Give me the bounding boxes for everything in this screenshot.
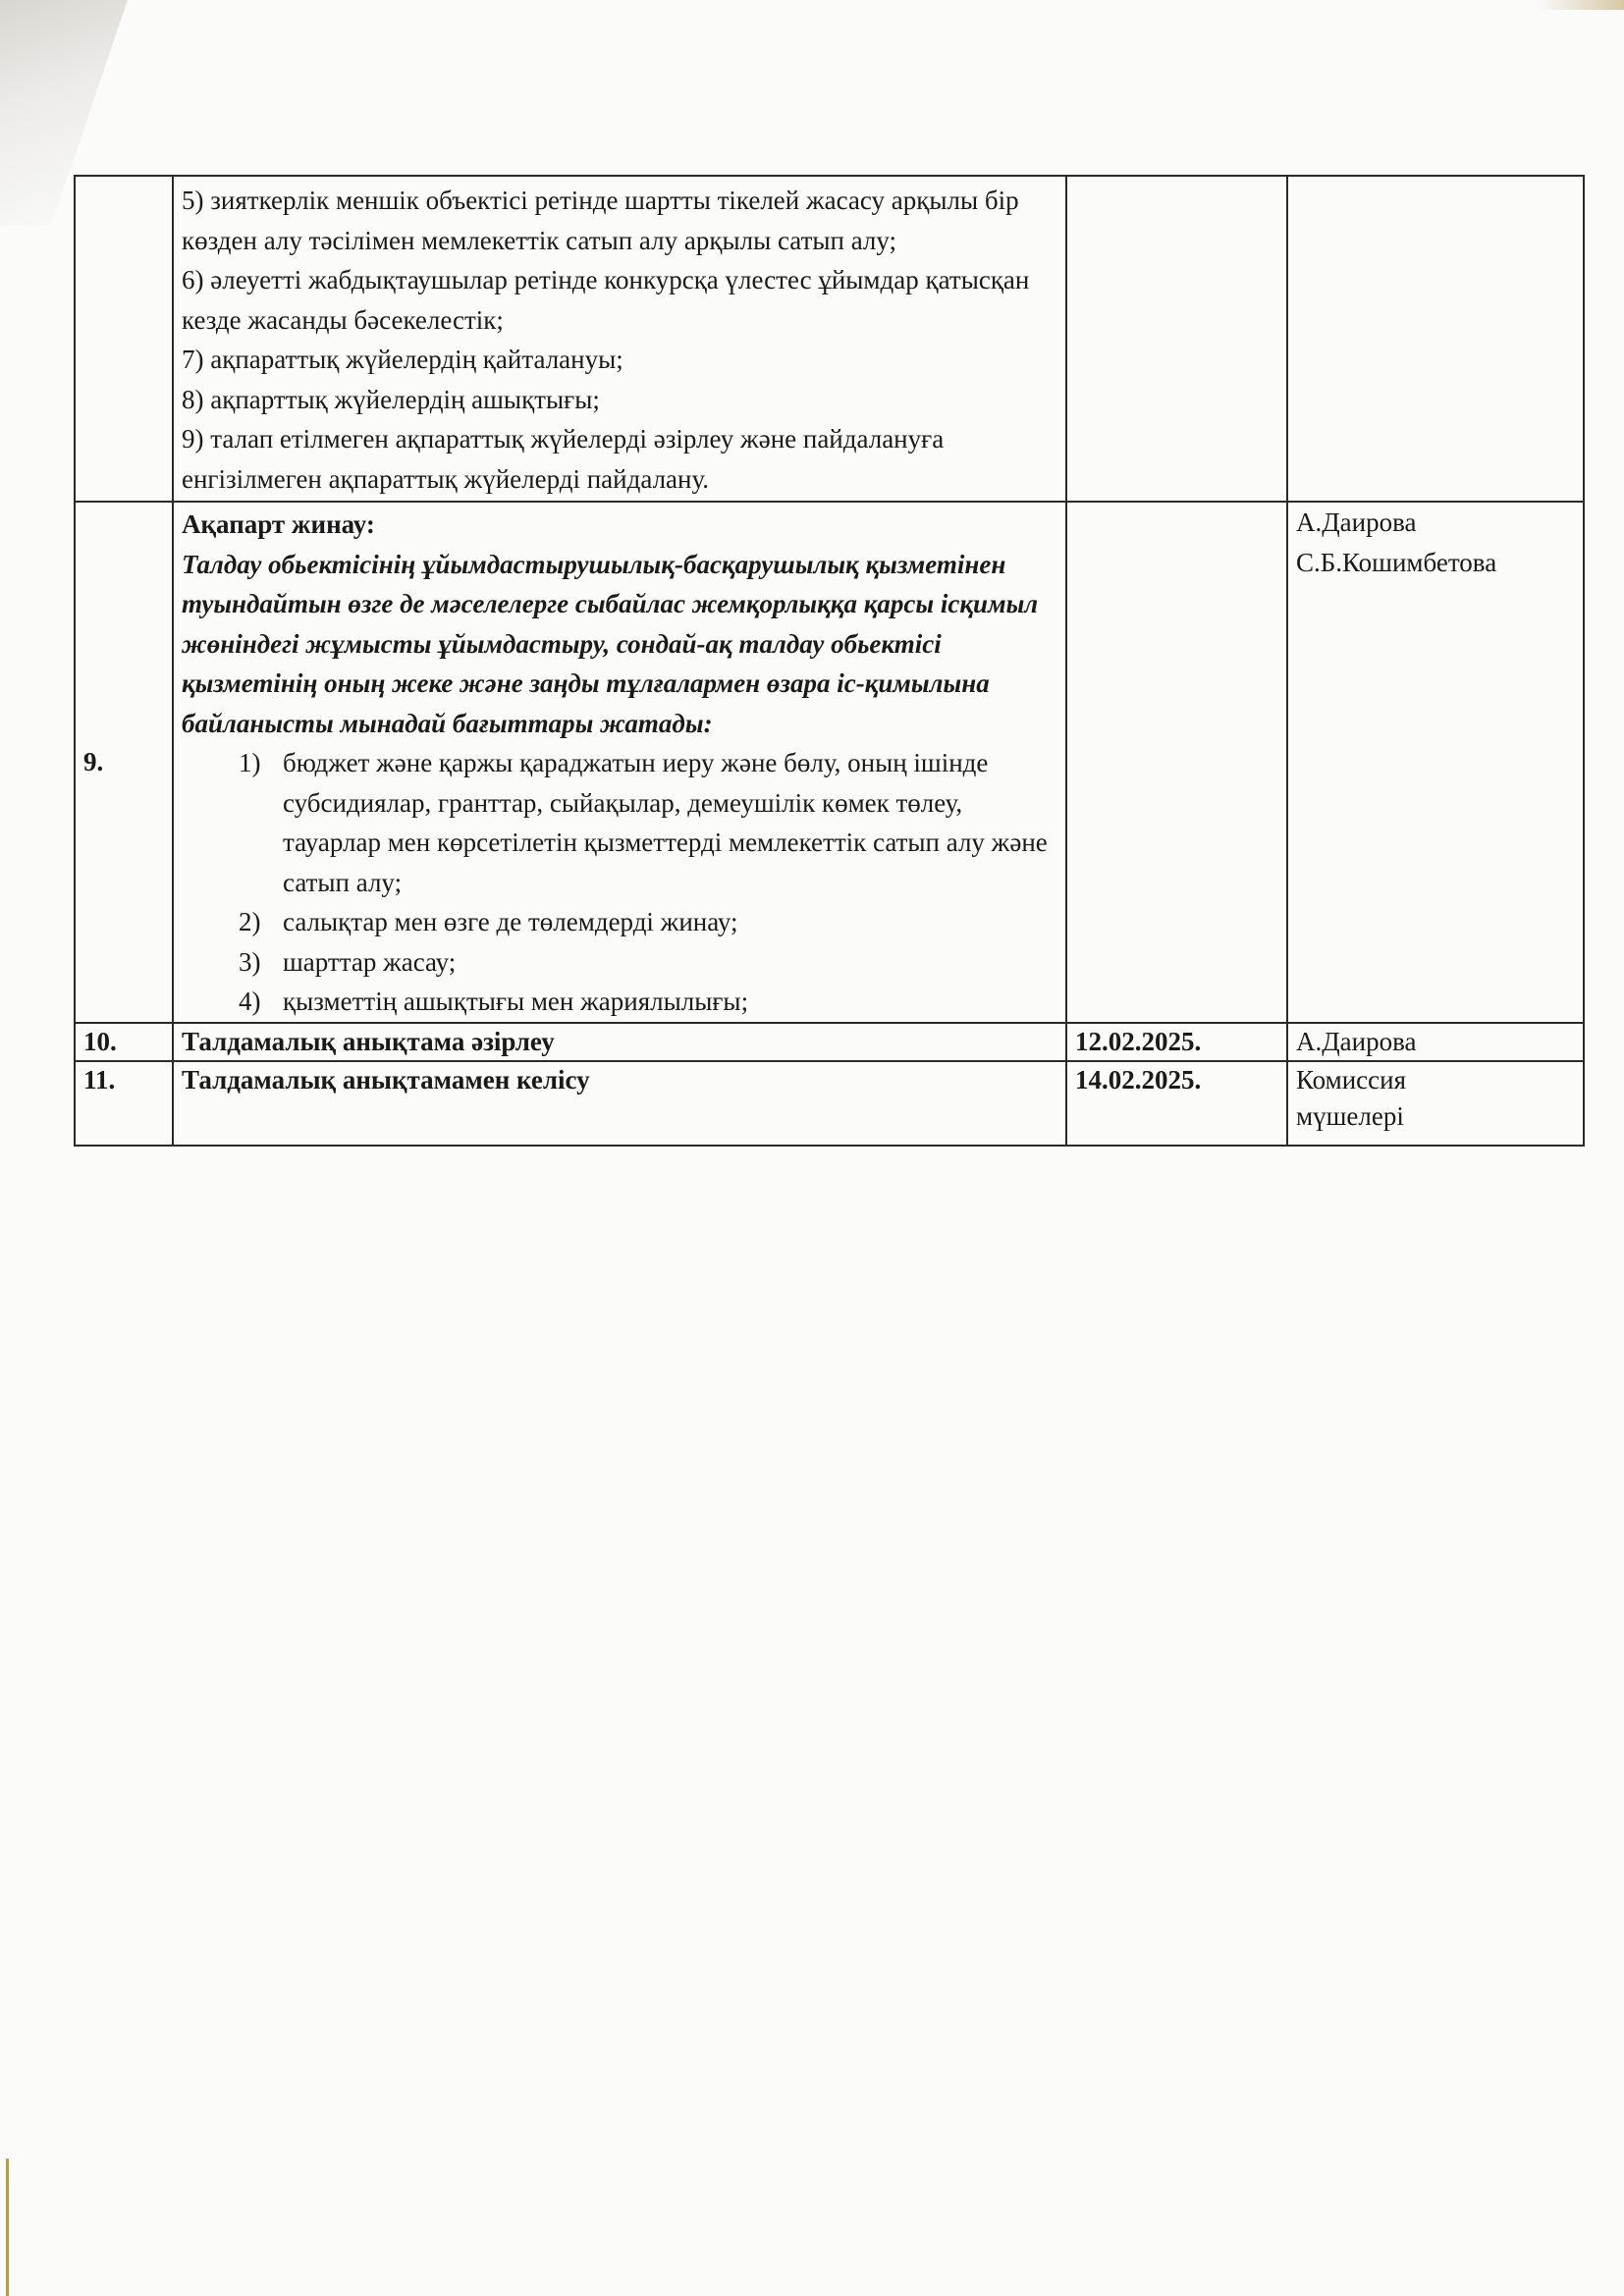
row-responsible: А.Даирова: [1287, 1023, 1584, 1061]
list-item-text: қызметтің ашықтығы мен жариялылығы;: [283, 982, 748, 1022]
row-responsible: А.Даирова С.Б.Кошимбетова: [1287, 502, 1584, 1023]
row-date: 14.02.2025.: [1066, 1061, 1287, 1146]
row-content: Талдамалық анықтама әзірлеу: [173, 1023, 1066, 1061]
paper-edge: [6, 2159, 9, 2296]
responsible-person: С.Б.Кошимбетова: [1296, 543, 1575, 583]
responsible-person: А.Даирова: [1296, 1024, 1575, 1060]
responsible-person: А.Даирова: [1296, 503, 1575, 543]
plan-table: 5) зияткерлік меншік объектісі ретінде ш…: [74, 175, 1585, 1147]
list-item: 8) ақпарттық жүйелердің ашықтығы;: [182, 380, 1057, 420]
list-item: 5) зияткерлік меншік объектісі ретінде ш…: [182, 181, 1057, 260]
row-content: Ақапарт жинау: Талдау обьектісінің ұйымд…: [173, 502, 1066, 1023]
list-item: 2) салықтар мен өзге де төлемдерді жинау…: [239, 902, 1057, 942]
list-item-number: 4): [239, 982, 283, 1022]
row-responsible: [1287, 176, 1584, 502]
list-item: 4) қызметтің ашықтығы мен жариялылығы;: [239, 982, 1057, 1022]
row-heading: Ақапарт жинау:: [182, 505, 1057, 545]
paper-edge: [1536, 0, 1624, 10]
row-content: 5) зияткерлік меншік объектісі ретінде ш…: [173, 176, 1066, 502]
list-item-text: шарттар жасау;: [283, 942, 456, 983]
row-date: [1066, 502, 1287, 1023]
row-number: 11.: [75, 1061, 173, 1146]
responsible-group: Комиссия: [1296, 1062, 1575, 1098]
table-row: 9. Ақапарт жинау: Талдау обьектісінің ұй…: [75, 502, 1584, 1023]
list-item-number: 1): [239, 743, 283, 902]
list-item: 1) бюджет және қаржы қараджатын иеру жән…: [239, 743, 1057, 902]
list-item: 3) шарттар жасау;: [239, 942, 1057, 983]
table-row: 5) зияткерлік меншік объектісі ретінде ш…: [75, 176, 1584, 502]
row-content: Талдамалық анықтамамен келісу: [173, 1061, 1066, 1146]
list-item: 6) әлеуетті жабдықтаушылар ретінде конку…: [182, 260, 1057, 340]
list-item-text: салықтар мен өзге де төлемдерді жинау;: [283, 902, 738, 942]
directions-list: 1) бюджет және қаржы қараджатын иеру жән…: [182, 743, 1057, 1022]
table-row: 11. Талдамалық анықтамамен келісу 14.02.…: [75, 1061, 1584, 1146]
table-row: 10. Талдамалық анықтама әзірлеу 12.02.20…: [75, 1023, 1584, 1061]
responsible-group: мүшелері: [1296, 1098, 1575, 1135]
row-intro: Талдау обьектісінің ұйымдастырушылық-бас…: [182, 545, 1057, 744]
list-item-text: бюджет және қаржы қараджатын иеру және б…: [283, 743, 1057, 902]
row-date: 12.02.2025.: [1066, 1023, 1287, 1061]
row-number: [75, 176, 173, 502]
row-responsible: Комиссия мүшелері: [1287, 1061, 1584, 1146]
list-item: 9) талап етілмеген ақпараттық жүйелерді …: [182, 419, 1057, 499]
row-date: [1066, 176, 1287, 502]
list-item-number: 2): [239, 902, 283, 942]
list-item: 7) ақпараттық жүйелердің қайталануы;: [182, 340, 1057, 380]
row-number: 9.: [75, 502, 173, 1023]
row-number: 10.: [75, 1023, 173, 1061]
list-item-number: 3): [239, 942, 283, 983]
